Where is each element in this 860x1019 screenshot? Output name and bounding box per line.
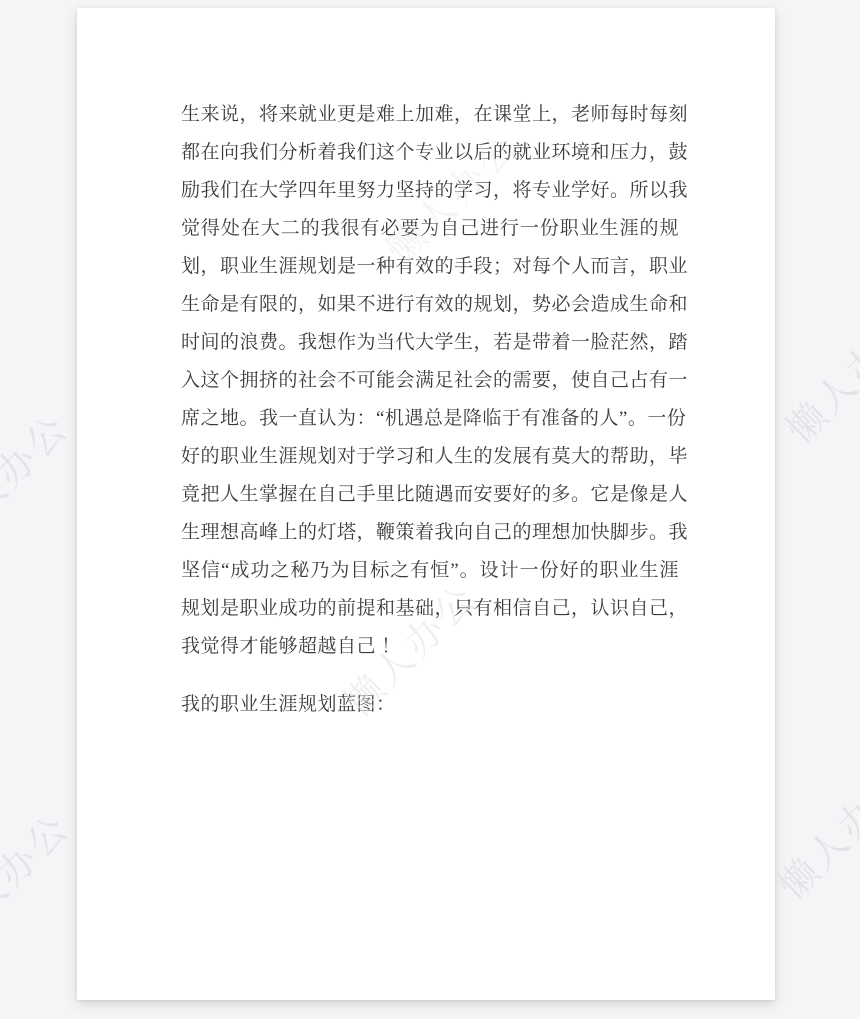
text-line: 生来说，将来就业更是难上加难，在课堂上，老师每时每刻 <box>181 96 679 134</box>
text-line: 好的职业生涯规划对于学习和人生的发展有莫大的帮助，毕 <box>181 438 679 476</box>
text-line: 我觉得才能够超越自己 ！ <box>181 628 679 666</box>
text-line: 席之地。我一直认为：“机遇总是降临于有准备的人”。一份 <box>181 400 679 438</box>
closing-line: 我的职业生涯规划蓝图： <box>181 686 679 724</box>
text-line: 规划是职业成功的前提和基础，只有相信自己，认识自己， <box>181 590 679 628</box>
text-line: 划，职业生涯规划是一种有效的手段；对每个人而言，职业 <box>181 248 679 286</box>
text-line: 都在向我们分析着我们这个专业以后的就业环境和压力，鼓 <box>181 134 679 172</box>
watermark: 懒人办公 <box>767 291 860 458</box>
text-line: 坚信“成功之秘乃为目标之有恒”。设计一份好的职业生涯 <box>181 552 679 590</box>
watermark: 懒人办公 <box>0 394 83 561</box>
document-canvas: 生来说，将来就业更是难上加难，在课堂上，老师每时每刻都在向我们分析着我们这个专业… <box>0 0 860 1019</box>
text-line: 生理想高峰上的灯塔，鞭策着我向自己的理想加快脚步。我 <box>181 514 679 552</box>
document-page: 生来说，将来就业更是难上加难，在课堂上，老师每时每刻都在向我们分析着我们这个专业… <box>77 8 775 1000</box>
watermark: 懒人办公 <box>0 794 84 961</box>
text-line: 生命是有限的，如果不进行有效的规划，势必会造成生命和 <box>181 286 679 324</box>
text-line: 励我们在大学四年里努力坚持的学习，将专业学好。所以我 <box>181 172 679 210</box>
text-line: 时间的浪费。我想作为当代大学生，若是带着一脸茫然，踏 <box>181 324 679 362</box>
document-body: 生来说，将来就业更是难上加难，在课堂上，老师每时每刻都在向我们分析着我们这个专业… <box>181 96 679 724</box>
text-line: 入这个拥挤的社会不可能会满足社会的需要，使自己占有一 <box>181 362 679 400</box>
text-line: 竟把人生掌握在自己手里比随遇而安要好的多。它是像是人 <box>181 476 679 514</box>
text-line: 觉得处在大二的我很有必要为自己进行一份职业生涯的规 <box>181 210 679 248</box>
